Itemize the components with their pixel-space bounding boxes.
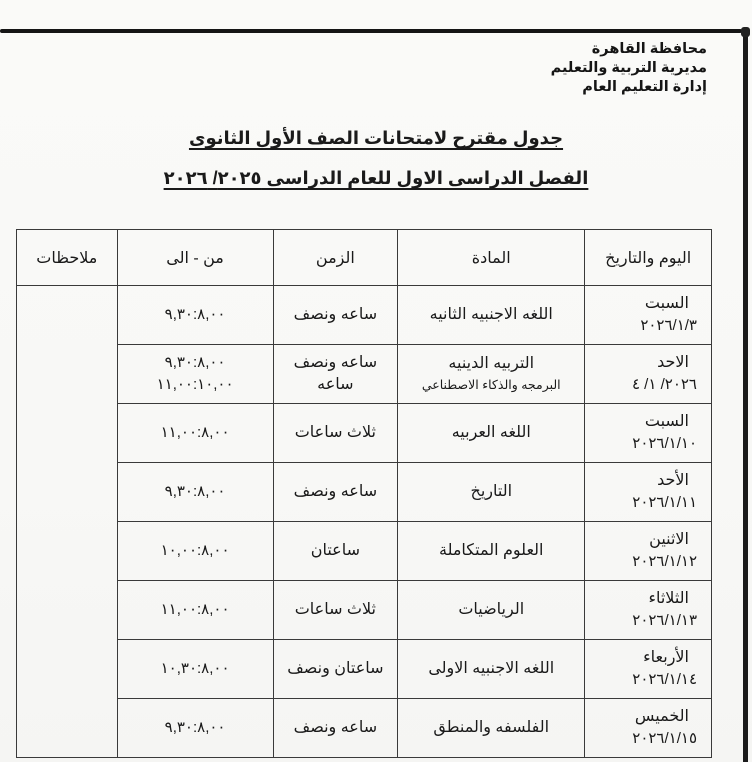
table-row: السبت ٢٠٢٦/١/٣ اللغه الاجنبيه الثانيه سا… <box>17 286 712 345</box>
day-date-cell: الثلاثاء ٢٠٢٦/١/١٣ <box>585 581 712 640</box>
day-name: الاحد <box>585 352 711 374</box>
time-range: ١١,٠٠:٨,٠٠ <box>118 422 273 444</box>
document-subtitle: الفصل الدراسى الاول للعام الدراسى ٢٠٢٥/ … <box>0 168 752 189</box>
subject-name: اللغه العربيه <box>398 422 584 444</box>
header-notes: ملاحظات <box>17 230 118 286</box>
duration-value: ثلاث ساعات <box>274 599 398 621</box>
duration-value: ساعه ونصف <box>274 481 398 503</box>
subject-name: العلوم المتكاملة <box>398 540 584 562</box>
day-date-cell: الأحد ٢٠٢٦/١/١١ <box>585 463 712 522</box>
subject-cell: العلوم المتكاملة <box>398 522 585 581</box>
time-range: ١٠,٠٠:٨,٠٠ <box>118 540 273 562</box>
time-cell: ١٠,٠٠:٨,٠٠ <box>117 522 273 581</box>
subject-name: اللغه الاجنبيه الثانيه <box>398 304 584 326</box>
time-cell: ٩,٣٠:٨,٠٠ <box>117 463 273 522</box>
day-date-cell: الأربعاء ٢٠٢٦/١/١٤ <box>585 640 712 699</box>
duration-cell: ساعتان ونصف <box>273 640 398 699</box>
exam-date: ٢٠٢٦/١/١٣ <box>585 610 711 632</box>
table-row: الأربعاء ٢٠٢٦/١/١٤ اللغه الاجنبيه الاولى… <box>17 640 712 699</box>
duration-value: ساعه ونصف <box>274 717 398 739</box>
time-range-secondary: ١١,٠٠:١٠,٠٠ <box>118 374 273 396</box>
border-corner <box>741 27 750 37</box>
exam-date: ٢٠٢٦/ ١/ ٤ <box>585 374 711 396</box>
exam-date: ٢٠٢٦/١/١٠ <box>585 433 711 455</box>
duration-cell: ساعه ونصف <box>273 463 398 522</box>
day-name: الأحد <box>585 470 711 492</box>
time-cell: ٩,٣٠:٨,٠٠ <box>117 699 273 758</box>
day-date-cell: الاثنين ٢٠٢٦/١/١٢ <box>585 522 712 581</box>
subject-cell: اللغه العربيه <box>398 404 585 463</box>
table-row: الاثنين ٢٠٢٦/١/١٢ العلوم المتكاملة ساعتا… <box>17 522 712 581</box>
subject-cell: الفلسفه والمنطق <box>398 699 585 758</box>
header-duration: الزمن <box>273 230 398 286</box>
day-name: السبت <box>585 293 711 315</box>
time-cell: ٩,٣٠:٨,٠٠ <box>117 286 273 345</box>
time-range: ٩,٣٠:٨,٠٠ <box>118 481 273 503</box>
time-range: ٩,٣٠:٨,٠٠ <box>118 304 273 326</box>
duration-value: ساعتان ونصف <box>274 658 398 680</box>
time-range: ٩,٣٠:٨,٠٠ <box>118 717 273 739</box>
day-name: السبت <box>585 411 711 433</box>
subject-name-secondary: البرمجه والذكاء الاصطناعي <box>398 375 584 395</box>
organization-header: محافظة القاهرة مديرية التربية والتعليم إ… <box>551 40 707 97</box>
table-row: الثلاثاء ٢٠٢٦/١/١٣ الرياضيات ثلاث ساعات … <box>17 581 712 640</box>
day-name: الاثنين <box>585 529 711 551</box>
top-border-rule <box>0 29 742 33</box>
exam-date: ٢٠٢٦/١/١١ <box>585 492 711 514</box>
subject-cell: التاريخ <box>398 463 585 522</box>
header-day-date: اليوم والتاريخ <box>585 230 712 286</box>
time-range: ٩,٣٠:٨,٠٠ <box>118 352 273 374</box>
table-row: الأحد ٢٠٢٦/١/١١ التاريخ ساعه ونصف ٩,٣٠:٨… <box>17 463 712 522</box>
directorate-line: مديرية التربية والتعليم <box>551 59 707 78</box>
subject-name: اللغه الاجنبيه الاولى <box>398 658 584 680</box>
duration-cell: ساعتان <box>273 522 398 581</box>
exam-schedule-table: اليوم والتاريخ المادة الزمن من - الى ملا… <box>16 229 712 758</box>
administration-line: إدارة التعليم العام <box>551 78 707 97</box>
day-date-cell: السبت ٢٠٢٦/١/١٠ <box>585 404 712 463</box>
duration-cell: ساعه ونصف <box>273 286 398 345</box>
exam-date: ٢٠٢٦/١/١٤ <box>585 669 711 691</box>
duration-cell: ساعه ونصف ساعه <box>273 345 398 404</box>
table-header-row: اليوم والتاريخ المادة الزمن من - الى ملا… <box>17 230 712 286</box>
subject-name: التاريخ <box>398 481 584 503</box>
subject-cell: اللغه الاجنبيه الثانيه <box>398 286 585 345</box>
time-range: ١٠,٣٠:٨,٠٠ <box>118 658 273 680</box>
header-subject: المادة <box>398 230 585 286</box>
time-cell: ١٠,٣٠:٨,٠٠ <box>117 640 273 699</box>
exam-date: ٢٠٢٦/١/٣ <box>585 315 711 337</box>
duration-value: ساعتان <box>274 540 398 562</box>
time-cell: ١١,٠٠:٨,٠٠ <box>117 581 273 640</box>
duration-value: ثلاث ساعات <box>274 422 398 444</box>
duration-value: ساعه ونصف <box>274 352 398 374</box>
table-row: السبت ٢٠٢٦/١/١٠ اللغه العربيه ثلاث ساعات… <box>17 404 712 463</box>
table-row: الخميس ٢٠٢٦/١/١٥ الفلسفه والمنطق ساعه ون… <box>17 699 712 758</box>
notes-cell <box>17 286 118 758</box>
day-name: الأربعاء <box>585 647 711 669</box>
time-cell: ١١,٠٠:٨,٠٠ <box>117 404 273 463</box>
governorate-line: محافظة القاهرة <box>551 40 707 59</box>
subject-name: الرياضيات <box>398 599 584 621</box>
document-page: محافظة القاهرة مديرية التربية والتعليم إ… <box>0 0 752 762</box>
subject-cell: اللغه الاجنبيه الاولى <box>398 640 585 699</box>
duration-cell: ثلاث ساعات <box>273 581 398 640</box>
day-date-cell: الخميس ٢٠٢٦/١/١٥ <box>585 699 712 758</box>
subject-name: الفلسفه والمنطق <box>398 717 584 739</box>
day-date-cell: الاحد ٢٠٢٦/ ١/ ٤ <box>585 345 712 404</box>
subject-name: التربيه الدينيه <box>398 353 584 375</box>
duration-value-secondary: ساعه <box>274 374 398 396</box>
document-title: جدول مقترح لامتحانات الصف الأول الثانوى <box>0 128 752 149</box>
day-name: الخميس <box>585 706 711 728</box>
time-range: ١١,٠٠:٨,٠٠ <box>118 599 273 621</box>
day-name: الثلاثاء <box>585 588 711 610</box>
duration-value: ساعه ونصف <box>274 304 398 326</box>
exam-date: ٢٠٢٦/١/١٥ <box>585 728 711 750</box>
time-cell: ٩,٣٠:٨,٠٠ ١١,٠٠:١٠,٠٠ <box>117 345 273 404</box>
duration-cell: ثلاث ساعات <box>273 404 398 463</box>
exam-date: ٢٠٢٦/١/١٢ <box>585 551 711 573</box>
subject-cell: التربيه الدينيه البرمجه والذكاء الاصطناع… <box>398 345 585 404</box>
table-row: الاحد ٢٠٢٦/ ١/ ٤ التربيه الدينيه البرمجه… <box>17 345 712 404</box>
day-date-cell: السبت ٢٠٢٦/١/٣ <box>585 286 712 345</box>
header-time: من - الى <box>117 230 273 286</box>
subject-cell: الرياضيات <box>398 581 585 640</box>
duration-cell: ساعه ونصف <box>273 699 398 758</box>
